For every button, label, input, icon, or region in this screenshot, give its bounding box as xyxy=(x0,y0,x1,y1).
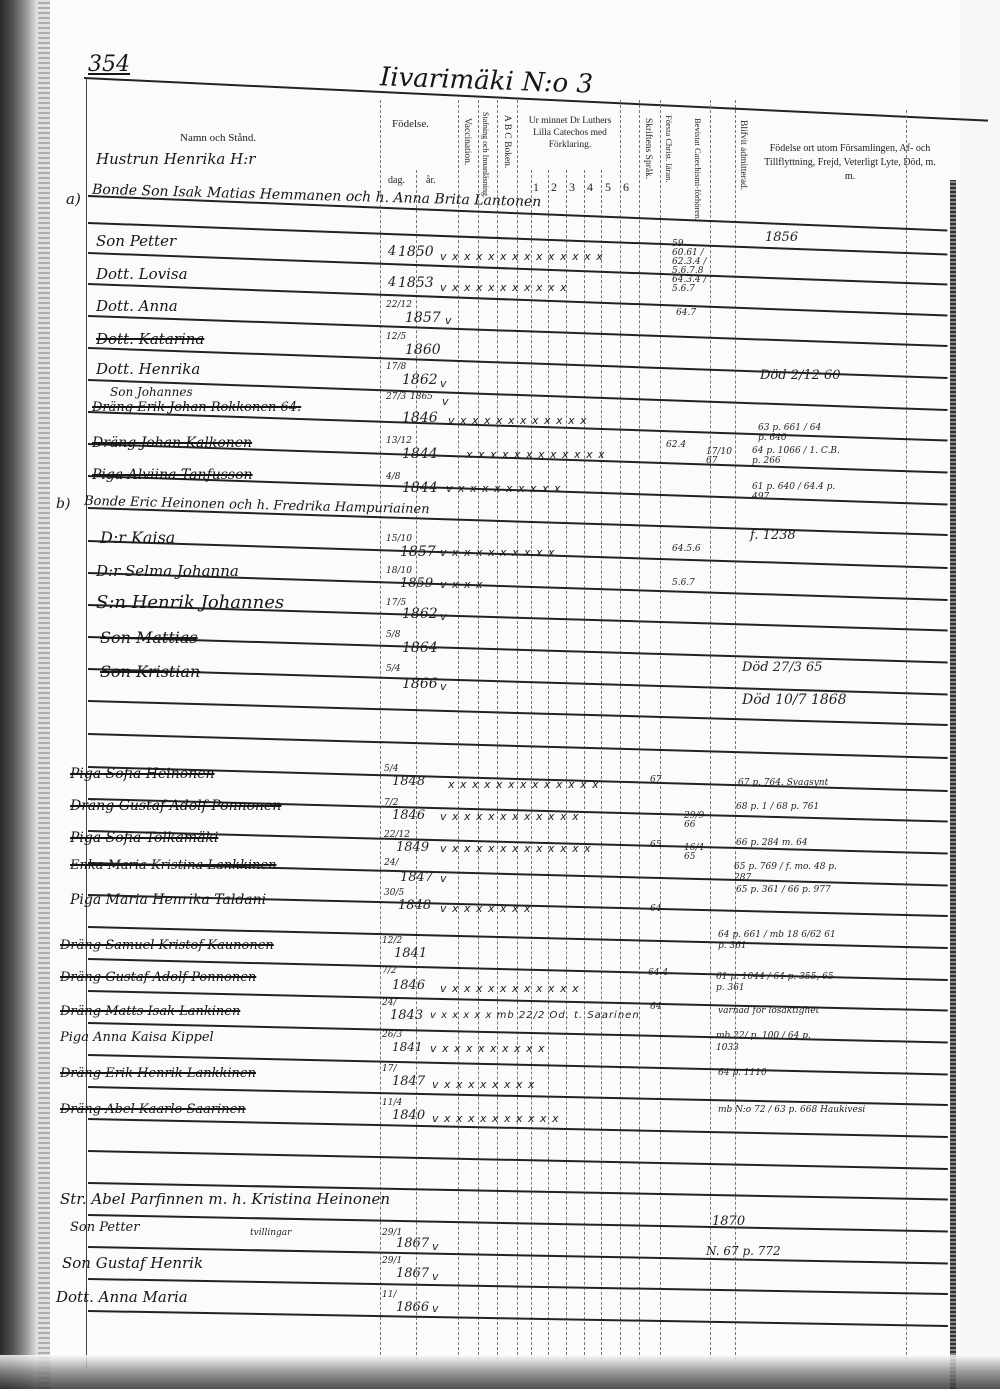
entry-day: 22/12 xyxy=(384,830,410,840)
entry-marks: v xyxy=(440,680,448,693)
entry-marks: v xyxy=(432,1302,440,1315)
entry-marks: v x x x x x x x x x xyxy=(446,482,562,495)
entry-year: 1841 xyxy=(394,946,427,961)
entry-year: 1866 xyxy=(396,1300,429,1315)
entry-day: 11/4 xyxy=(382,1098,402,1108)
entry-remarks: mb N:o 72 / 63 p. 668 Haukivesi xyxy=(718,1104,888,1117)
entry-year: 1848 xyxy=(398,898,431,913)
entry-year: 1850 xyxy=(398,244,434,260)
entry-margin: b) xyxy=(56,496,70,512)
header-abc: A B C Boken. xyxy=(502,115,512,190)
binding-shadow xyxy=(38,0,50,1389)
col-sep-admitted xyxy=(735,100,736,1360)
entry-name: Dräng Johan Kalkonen xyxy=(92,435,252,451)
entry-name: Dräng Samuel Kristof Kaunonen xyxy=(60,938,274,953)
entry-day: 11/ xyxy=(382,1290,396,1300)
entry-remarks: 64 p. 1066 / 1. C.B. p. 266 xyxy=(752,446,842,466)
entry-remarks: 65 p. 769 / f. mo. 48 p. 287 xyxy=(734,862,844,884)
entry-marks: x x x x x x x x x x x x x xyxy=(448,778,600,791)
cat-subcol-3: 3 xyxy=(569,180,575,195)
header-name: Namn och Stånd. xyxy=(180,132,256,144)
entry-day: 18/10 xyxy=(386,566,412,576)
entry-marks: v xyxy=(440,610,448,623)
entry-day: 24/ xyxy=(384,858,398,868)
entry-remarks: 67 p. 764. Svagsynt xyxy=(738,778,828,788)
entry-year: 1867 xyxy=(396,1266,429,1281)
entry-marks: v x x x x x x x x x x xyxy=(440,281,568,294)
entry-name: Son Petter xyxy=(70,1220,139,1235)
entry-day: 13/12 xyxy=(386,436,412,446)
entry-year: 1867 xyxy=(396,1236,429,1251)
entry-catechism: 59 60.61 / 62.3.4 / 5.6.7.8 xyxy=(672,240,712,276)
entry-day: 5/4 xyxy=(386,664,400,674)
entry-remarks: 64 p. 1110 xyxy=(718,1068,767,1078)
col-sep-right xyxy=(906,110,907,1360)
entry-catechism: 67 xyxy=(650,775,661,785)
entry-marks: v x x x x x x x x x x xyxy=(432,1112,560,1125)
entry-name: Son Mattias xyxy=(100,628,198,647)
left-border xyxy=(86,78,87,1368)
entry-marks: v x x x x x x x x x x x xyxy=(448,414,588,427)
entry-name: Piga Alviina Tanfusson xyxy=(92,467,253,483)
entry-marks: v xyxy=(445,314,453,327)
entry-year: 1862 xyxy=(402,372,438,388)
entry-name: Dott. Katarina xyxy=(96,330,204,348)
entry-year: 1844 xyxy=(402,446,438,462)
entry-catechism: 64 xyxy=(650,904,661,914)
entry-day: 24/ xyxy=(382,998,396,1008)
entry-day: 26/3 xyxy=(382,1030,402,1040)
entry-remarks: varnad för lösaktighet xyxy=(718,1006,819,1016)
entry-name: Dräng Abel Kaarlo Saarinen xyxy=(60,1102,246,1117)
entry-year: 1846 xyxy=(402,410,438,426)
entry-year: 1846 xyxy=(392,808,425,823)
entry-remarks: N. 67 p. 772 xyxy=(706,1244,781,1258)
entry-day: 30/5 xyxy=(384,888,404,898)
entry-admitted: 17/10 67 xyxy=(706,448,734,466)
entry-year: 1843 xyxy=(390,1008,423,1023)
col-sep-cat xyxy=(620,100,621,1360)
page-gutter xyxy=(950,180,956,1389)
entry-name: Son Gustaf Henrik xyxy=(62,1254,203,1272)
entry-day: 5/4 xyxy=(384,764,398,774)
entry-catechism: 62.4 xyxy=(666,440,686,450)
header-birth-year: år. xyxy=(426,175,436,186)
entry-marks: v xyxy=(432,1240,440,1253)
entry-catechism: 64.5.6 xyxy=(672,544,701,554)
entry-year: 1866 xyxy=(402,676,438,692)
entry-remarks: 64 p. 661 / mb 18 6/62 61 p. 361 xyxy=(718,930,838,952)
entry-name: Piga Sofia Heinonen xyxy=(70,766,215,782)
header-catechism: Ur minnet Dr Luthers Lilla Catechos med … xyxy=(522,115,618,151)
header-reading: Stafning och Innanläsning. xyxy=(481,112,490,192)
entry-year: 1849 xyxy=(396,840,429,855)
entry-remarks: mb 22/ p. 100 / 64 p. 1033 xyxy=(716,1030,836,1054)
entry-day: 4/8 xyxy=(386,472,400,482)
entry-day: 4 xyxy=(388,244,396,259)
entry-marks: v xyxy=(440,872,448,885)
entry-year: 1857 xyxy=(400,544,436,560)
entry-name: S:n Henrik Johannes xyxy=(96,592,284,613)
book-binding xyxy=(0,0,38,1389)
entry-remarks: 68 p. 1 / 68 p. 761 xyxy=(736,802,826,812)
entry-marks: x x x x x x x x x x x x xyxy=(466,448,606,461)
entry-remarks: f. 1238 xyxy=(750,528,796,543)
entry-year: 1857 xyxy=(405,310,441,326)
entry-catechism: 64.7 xyxy=(676,308,696,318)
entry-catechism: 64.3.4 / 5.6.7 xyxy=(672,276,712,294)
entry-name: D:r Selma Johanna xyxy=(96,562,239,580)
header-birth-day: dag. xyxy=(388,175,405,186)
entry-marks: v x x x x x x x x x xyxy=(440,546,556,559)
header-scripture: Skriftens Språk. xyxy=(643,118,653,203)
entry-name: D:r Kaisa xyxy=(100,528,175,547)
entry-day: 4 xyxy=(388,275,396,290)
entry-year: 1847 xyxy=(400,870,433,885)
entry-name: Dräng Erik Johan Rokkonen 64. xyxy=(92,400,301,415)
entry-margin: a) xyxy=(66,190,81,208)
header-first-christian: Första Christ. läran. xyxy=(664,115,674,205)
entry-year: 1848 xyxy=(392,774,425,789)
entry-marks: v x x x x x x x x x x x x x xyxy=(440,250,604,263)
cat-subcol-1: 1 xyxy=(533,180,539,195)
entry-catechism: 64.4 xyxy=(648,968,668,978)
entry-name: Str. Abel Parfinnen m. h. Kristina Heino… xyxy=(60,1190,390,1208)
entry-day: 27/3 xyxy=(386,392,406,402)
entry-day: 17/8 xyxy=(386,362,406,372)
entry-day: 7/2 xyxy=(384,798,398,808)
entry-marks: v x x x x x x x xyxy=(440,902,532,915)
header-vaccination: Vaccination. xyxy=(462,118,472,188)
entry-name: Dräng Matts Isak Lankinen xyxy=(60,1004,240,1019)
entry-name: Dott. Lovisa xyxy=(96,265,188,283)
entry-day: 17/ xyxy=(382,1064,396,1074)
entry-remarks: 61 p. 1044 / 64 p. 355, 65 p. 361 xyxy=(716,972,836,994)
ledger-page: 354 Iivarimäki N:o 3 Namn och Stånd. Föd… xyxy=(0,0,1000,1389)
entry-year: 1865 xyxy=(410,392,433,402)
entry-catechism: 65 xyxy=(650,840,661,850)
entry-year: 1853 xyxy=(398,275,434,291)
entry-day: 29/1 xyxy=(382,1256,402,1266)
entry-year: 1859 xyxy=(400,576,433,591)
entry-remarks: 66 p. 284 m. 64 xyxy=(736,838,808,848)
entry-marks: v x x x x x x x x x x x x xyxy=(440,842,592,855)
cat-subcol-5: 5 xyxy=(605,180,611,195)
entry-day: 12/5 xyxy=(386,332,406,342)
cat-subcol-2: 2 xyxy=(551,180,557,195)
entry-year: 1846 xyxy=(392,978,425,993)
entry-day: 5/8 xyxy=(386,630,400,640)
page-bottom-edge xyxy=(0,1355,1000,1389)
entry-marks: v x x x x x x x x xyxy=(432,1078,536,1091)
entry-year: 1840 xyxy=(392,1108,425,1123)
entry-day: 22/12 xyxy=(386,300,412,310)
entry-day: 15/10 xyxy=(386,534,412,544)
entry-remarks: Död 2/12 60 xyxy=(760,368,841,383)
entry-marks: v x x x x x x x x x xyxy=(430,1042,546,1055)
entry-name: Piga Anna Kaisa Kippel xyxy=(60,1030,214,1045)
entry-name: Son Petter xyxy=(96,232,176,250)
page-number: 354 xyxy=(88,52,130,77)
header-catechism-known: Bevistat Catechismi-förhören. xyxy=(693,118,703,208)
entry-remarks: Död 10/7 1868 xyxy=(742,692,847,708)
entry-name: Hustrun Henrika H:r xyxy=(96,150,255,168)
entry-catechism: 5.6.7 xyxy=(672,578,695,588)
entry-remarks: Död 27/3 65 xyxy=(742,660,823,675)
entry-name: Son Johannes xyxy=(110,385,193,399)
entry-year: 1847 xyxy=(392,1074,425,1089)
entry-name: Dott. Henrika xyxy=(96,360,200,378)
entry-remarks: 1870 xyxy=(712,1214,745,1229)
header-remarks: Födelse ort utom Församlingen, Af- och T… xyxy=(760,142,940,184)
entry-marks: v x x x xyxy=(440,578,484,591)
entry-name: Piga Sofia Tolkamäki xyxy=(70,830,218,846)
col-sep-first xyxy=(660,100,661,1360)
header-admitted: Blifvit admitterad. xyxy=(738,120,748,210)
entry-name: Dräng Gustaf Adolf Ponnonen xyxy=(60,970,256,985)
entry-admitted: 16/4 65 xyxy=(684,844,712,862)
entry-marks: v xyxy=(432,1270,440,1283)
entry-day: 12/2 xyxy=(382,936,402,946)
entry-remarks: 61 p. 640 / 64.4 p. 497 xyxy=(752,482,842,502)
entry-marks: v xyxy=(440,377,448,390)
col-sep-name xyxy=(380,100,381,1360)
header-birth: Födelse. xyxy=(392,118,429,130)
entry-catechism: 64 xyxy=(650,1002,661,1012)
entry-name: Dott. Anna Maria xyxy=(56,1288,188,1306)
entry-name: Dott. Anna xyxy=(96,297,178,315)
entry-remarks: 1856 xyxy=(765,230,798,245)
entry-remarks: 63 p. 661 / 64 p. 640 xyxy=(758,423,828,443)
entry-name: Dräng Gustaf Adolf Ponnonen xyxy=(70,798,281,814)
cat-subcol-4: 4 xyxy=(587,180,593,195)
entry-name: Dräng Erik Henrik Lankkinen xyxy=(60,1066,256,1081)
entry-marks: v xyxy=(442,395,450,408)
entry-year: 1860 xyxy=(405,342,441,358)
entry-admitted: 29/9 66 xyxy=(684,812,712,830)
entry-name: Son Kristian xyxy=(100,662,200,681)
entry-year: 1844 xyxy=(402,480,438,496)
adjacent-page-edge xyxy=(960,0,1000,1389)
entry-marks: v x x x x x x x x x x x xyxy=(440,810,580,823)
entry-marks: v x x x x x mb 22/2 Od. t. Saarinen xyxy=(430,1010,640,1021)
entry-name: Bonde Son Isak Matias Hemmanen och h. An… xyxy=(92,182,542,211)
entry-name: Enka Maria Kristina Lankkinen xyxy=(70,858,276,873)
entry-year: 1864 xyxy=(402,640,438,656)
entry-year: 1862 xyxy=(402,606,438,622)
entry-name: Piga Maria Henrika Taldani xyxy=(70,892,266,908)
entry-note: tvillingar xyxy=(250,1228,291,1238)
entry-day: 7/2 xyxy=(382,966,396,976)
cat-subcol-6: 6 xyxy=(623,180,629,195)
entry-year: 1841 xyxy=(392,1040,423,1054)
entry-marks: v x x x x x x x x x x x xyxy=(440,982,580,995)
entry-remarks: 65 p. 361 / 66 p. 977 xyxy=(736,884,836,896)
col-sep-script xyxy=(639,100,640,1360)
